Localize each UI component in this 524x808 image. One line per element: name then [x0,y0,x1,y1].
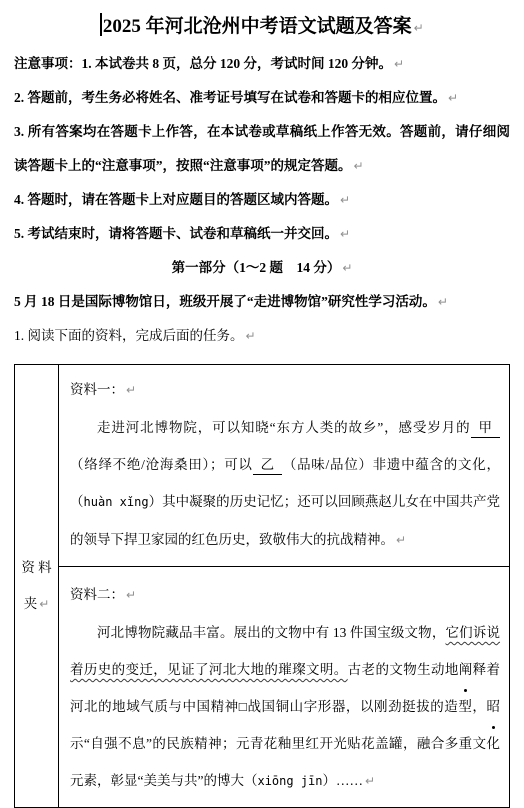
notice-item-5[interactable]: 5. 考试结束时，请将答题卡、试卷和草稿纸一并交回。↵ [14,217,510,251]
emphasized-char-zhao: 昭 [487,688,501,725]
material-2-seg2: 古老的文物生动地 [348,662,459,677]
folder-label-line2: 夹↵ [15,586,58,622]
intro-text: 5 月 18 日是国际博物馆日，班级开展了“走进博物馆”研究性学习活动。 [14,294,436,309]
pilcrow-mark: ↵ [448,91,458,105]
section-heading-text: 第一部分（1～2 题 14 分） [172,260,341,275]
material-1-seg1: 走进河北博物院，可以知晓“东方人类的故乡”，感受岁月的 [97,420,471,435]
material-1-cell[interactable]: 资料一：↵ 走进河北博物院，可以知晓“东方人类的故乡”，感受岁月的甲（络绎不绝/… [59,365,510,567]
question-lead-text: 1. 阅读下面的资料，完成后面的任务。 [14,328,244,343]
material-2-seg1: 河北博物院藏品丰富。展出的文物中有 13 件国宝级文物， [97,625,446,640]
pilcrow-mark: ↵ [354,159,364,173]
table-row: 资 料 夹↵ 资料一：↵ 走进河北博物院，可以知晓“东方人类的故乡”，感受岁月的… [15,365,510,567]
pilcrow-mark: ↵ [246,329,256,343]
material-2-seg5: ）…… [323,773,364,788]
pinyin-xiongjin: xiōng jīn [257,774,322,788]
emphasized-char-chan: 阐 [459,651,473,688]
pilcrow-mark: ↵ [342,261,352,275]
blank-jia: 甲 [471,419,501,438]
pinyin-huanxing: huàn xǐng [84,495,149,509]
materials-table: 资 料 夹↵ 资料一：↵ 走进河北博物院，可以知晓“东方人类的故乡”，感受岁月的… [14,364,510,808]
pilcrow-mark: ↵ [340,227,350,241]
material-1-label-line: 资料一：↵ [70,371,500,409]
pilcrow-mark: ↵ [340,193,350,207]
notice-text: 5. 考试结束时，请将答题卡、试卷和草稿纸一并交回。 [14,226,338,241]
material-2-cell[interactable]: 资料二：↵ 河北博物院藏品丰富。展出的文物中有 13 件国宝级文物，它们诉说着历… [59,567,510,808]
notice-item-2[interactable]: 2. 答题前，考生务必将姓名、准考证号填写在试卷和答题卡的相应位置。↵ [14,81,510,115]
folder-label-line1: 资 料 [15,550,58,586]
pilcrow-mark: ↵ [126,588,136,602]
notice-item-1[interactable]: 注意事项：1. 本试卷共 8 页，总分 120 分，考试时间 120 分钟。↵ [14,47,510,81]
pilcrow-mark: ↵ [396,533,406,547]
pilcrow-mark: ↵ [39,597,49,611]
activity-intro[interactable]: 5 月 18 日是国际博物馆日，班级开展了“走进博物馆”研究性学习活动。↵ [14,285,510,319]
notice-item-3[interactable]: 3. 所有答案均在答题卡上作答，在本试卷或草稿纸上作答无效。答题前，请仔细阅读答… [14,115,510,183]
material-1-text: 走进河北博物院，可以知晓“东方人类的故乡”，感受岁月的甲（络绎不绝/沧海桑田）；… [70,409,500,559]
pilcrow-mark: ↵ [394,57,404,71]
document-page[interactable]: 2025 年河北沧州中考语文试题及答案↵ 注意事项：1. 本试卷共 8 页，总分… [0,0,524,808]
notice-text: 3. 所有答案均在答题卡上作答，在本试卷或草稿纸上作答无效。答题前，请仔细阅读答… [14,124,510,173]
text-cursor-caret [100,13,102,36]
notice-item-4[interactable]: 4. 答题时，请在答题卡上对应题目的答题区域内答题。↵ [14,183,510,217]
pilcrow-mark: ↵ [126,383,136,397]
folder-label-cell: 资 料 夹↵ [15,365,59,808]
material-2-label: 资料二： [70,587,124,602]
pilcrow-mark: ↵ [414,21,424,35]
notice-text: 4. 答题时，请在答题卡上对应题目的答题区域内答题。 [14,192,338,207]
section-heading[interactable]: 第一部分（1～2 题 14 分）↵ [14,251,510,285]
page-title[interactable]: 2025 年河北沧州中考语文试题及答案↵ [14,8,510,47]
notice-text: 注意事项：1. 本试卷共 8 页，总分 120 分，考试时间 120 分钟。 [14,56,392,71]
pilcrow-mark: ↵ [365,774,375,788]
material-2-text: 河北博物院藏品丰富。展出的文物中有 13 件国宝级文物，它们诉说着历史的变迁，见… [70,614,500,800]
title-text: 2025 年河北沧州中考语文试题及答案 [103,16,412,37]
material-1-label: 资料一： [70,382,124,397]
table-row: 资料二：↵ 河北博物院藏品丰富。展出的文物中有 13 件国宝级文物，它们诉说着历… [15,567,510,808]
pilcrow-mark: ↵ [438,295,448,309]
folder-label-text: 夹 [24,596,38,611]
material-1-seg2: （络绎不绝/沧海桑田）；可以 [70,457,253,472]
blank-yi: 乙 [253,456,283,475]
material-2-label-line: 资料二：↵ [70,576,500,614]
question-1-lead[interactable]: 1. 阅读下面的资料，完成后面的任务。↵ [14,319,510,353]
notice-text: 2. 答题前，考生务必将姓名、准考证号填写在试卷和答题卡的相应位置。 [14,90,446,105]
